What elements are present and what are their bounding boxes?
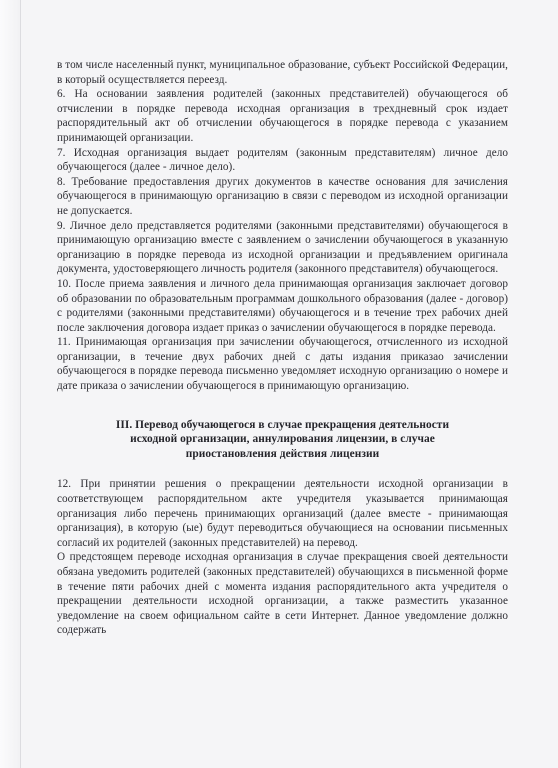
paragraph-12-notice: О предстоящем переводе исходная организа… (57, 550, 508, 638)
paragraph-8: 8. Требование предоставления других доку… (57, 175, 508, 219)
paragraph-11: 11. Принимающая организация при зачислен… (57, 335, 508, 393)
scan-edge (0, 0, 21, 768)
paragraph-6: 6. На основании заявления родителей (зак… (57, 87, 508, 145)
paragraph-12: 12. При принятии решения о прекращении д… (57, 477, 508, 550)
paragraph-7: 7. Исходная организация выдает родителям… (57, 146, 508, 175)
section-heading: III. Перевод обучающегося в случае прекр… (57, 418, 508, 462)
document-body: в том числе населенный пункт, муниципаль… (57, 58, 508, 638)
paragraph-10: 10. После приема заявления и личного дел… (57, 277, 508, 335)
paragraph-continuation: в том числе населенный пункт, муниципаль… (57, 58, 508, 87)
paragraph-9: 9. Личное дело представляется родителями… (57, 219, 508, 277)
